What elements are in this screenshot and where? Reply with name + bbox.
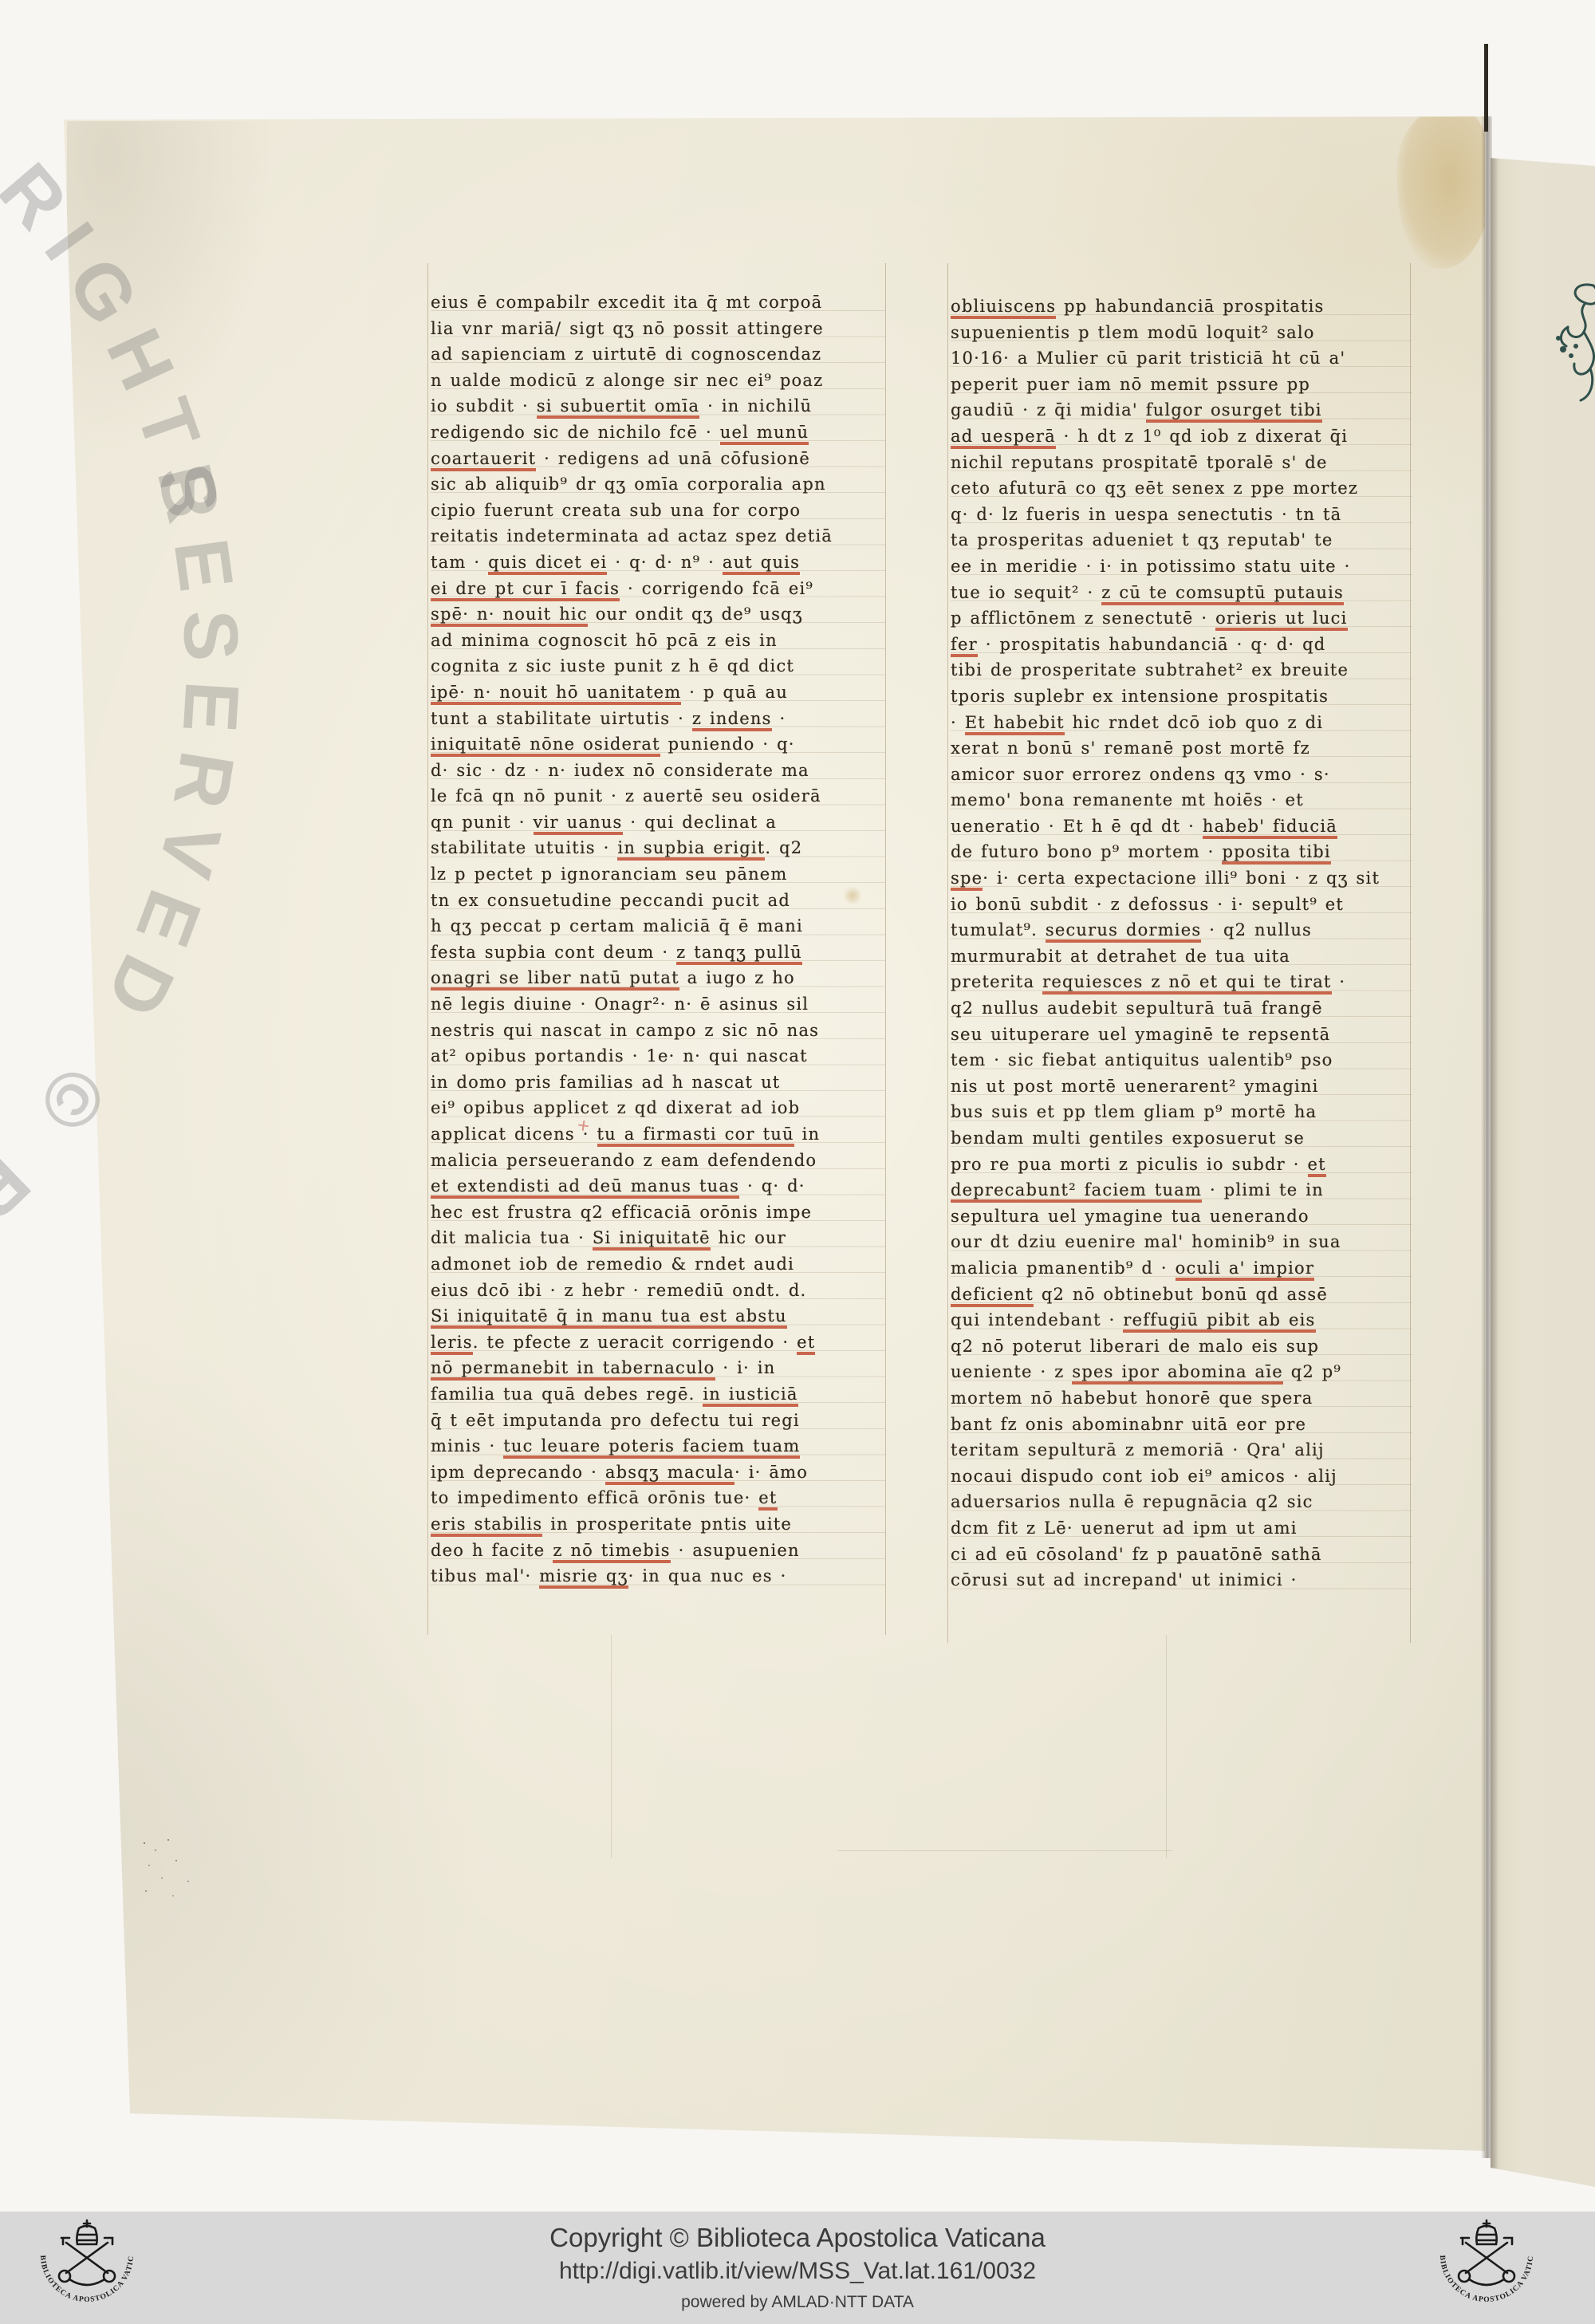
- manuscript-line: tunt a stabilitate uirtutis · z indens ·: [431, 706, 885, 732]
- manuscript-line: stabilitate utuitis · in supbia erigit. …: [431, 835, 885, 861]
- manuscript-line: iniquitatē nōne osiderat puniendo · q·: [431, 731, 885, 758]
- manuscript-line: tam · quis dicet ei · q· d· n⁹ · aut qui…: [431, 549, 885, 576]
- parchment-stain: [1397, 105, 1493, 269]
- manuscript-line: et extendisti ad deū manus tuas · q· d·: [431, 1173, 885, 1199]
- manuscript-line: nocaui dispudo cont iob ei⁹ amicos · ali…: [951, 1463, 1412, 1490]
- manuscript-line: murmurabit at detrahet de tua uita: [951, 943, 1412, 970]
- manuscript-line: malicia pmanentib⁹ d · oculi a' impior: [951, 1255, 1412, 1282]
- manuscript-line: dit malicia tua · Si iniquitatē hic our: [431, 1225, 885, 1251]
- parchment-speckles: [144, 1842, 145, 1844]
- manuscript-line: ci ad eū cōsoland' fz p pauatōnē sathā: [951, 1542, 1412, 1568]
- rubricated-phrase: spes ipor abomina aīe: [1072, 1362, 1282, 1385]
- rubricated-phrase: ad uesperā: [951, 427, 1056, 449]
- manuscript-line: nestris qui nascat in campo z sic nō nas: [431, 1018, 885, 1044]
- manuscript-line: spē· n· nouit hic our ondit qʒ de⁹ usqʒ: [431, 601, 885, 628]
- manuscript-line: le fcā qn nō punit · z auertē seu osider…: [431, 783, 885, 809]
- rubricated-phrase: et: [1308, 1155, 1326, 1177]
- pen-flourish-decoration: [1544, 279, 1595, 415]
- rubricated-phrase: eris stabilis: [431, 1515, 542, 1537]
- manuscript-line: amicor suor errorez ondens qʒ vmo · s·: [951, 762, 1412, 788]
- manuscript-page: + eius ē compabilr excedit ita q̄ mt cor…: [0, 0, 1595, 2212]
- ruling-line-vertical: [1166, 1635, 1167, 1858]
- manuscript-line: · Et habebit hic rndet dcō iob quo z di: [951, 710, 1412, 736]
- manuscript-line: ei dre pt cur ī facis · corrigendo fcā e…: [431, 576, 885, 602]
- ruling-line-vertical: [427, 263, 428, 1635]
- manuscript-line: q2 nullus audebit sepulturā tuā frangē: [951, 995, 1412, 1022]
- ruling-line-horizontal: [837, 1850, 1172, 1851]
- manuscript-line: eris stabilis in prosperitate pntis uite: [431, 1511, 885, 1538]
- rubricated-phrase: spē· n· nouit hic: [431, 605, 588, 627]
- rubricated-phrase: nō permanebit in tabernaculo: [431, 1358, 715, 1381]
- manuscript-line: nē legis diuine · Onagr²· n· ē asinus si…: [431, 991, 885, 1018]
- rubricated-phrase: fer: [951, 635, 978, 657]
- manuscript-line: leris. te pfecte z ueracit corrigendo · …: [431, 1329, 885, 1356]
- manuscript-line: familia tua quā debes regē. in iusticiā: [431, 1381, 885, 1408]
- manuscript-line: admonet iob de remedio & rndet audi: [431, 1251, 885, 1278]
- manuscript-line: tem · sic fiebat antiquitus ualentib⁹ ps…: [951, 1047, 1412, 1073]
- manuscript-line: tumulat⁹. securus dormies · q2 nullus: [951, 917, 1412, 943]
- digivatlib-manuscript-viewer: + eius ē compabilr excedit ita q̄ mt cor…: [0, 0, 1595, 2324]
- rubricated-phrase: deficient: [951, 1285, 1034, 1307]
- manuscript-line: deficient q2 nō obtinebut bonū qd assē: [951, 1282, 1412, 1308]
- manuscript-line: io subdit · si subuertit omīa · in nichi…: [431, 393, 885, 420]
- manuscript-line: gaudiū · z q̄i midia' fulgor osurget tib…: [951, 397, 1412, 423]
- manuscript-line: ee in meridie · i· in potissimo statu ui…: [951, 553, 1412, 580]
- manuscript-line: hec est frustra q2 efficaciā orōnis impe: [431, 1199, 885, 1226]
- manuscript-line: ei⁹ opibus applicet z qd dixerat ad iob: [431, 1095, 885, 1121]
- footer-powered-by: powered by AMLAD·NTT DATA: [0, 2293, 1595, 2312]
- parchment-speckle-corner: [67, 121, 274, 456]
- manuscript-line: supuenientis p tlem modū loquit² salo: [951, 320, 1412, 346]
- manuscript-line: our dt dziu euenire mal' hominib⁹ in sua: [951, 1229, 1412, 1255]
- manuscript-line: ipē· n· nouit hō uanitatem · p quā au: [431, 679, 885, 706]
- rubricated-phrase: securus dormies: [1046, 920, 1201, 943]
- rubricated-phrase: et: [758, 1488, 777, 1511]
- manuscript-line: eius ē compabilr excedit ita q̄ mt corpo…: [431, 290, 885, 316]
- manuscript-line: tporis suplebr ex intensione prospitatis: [951, 683, 1412, 710]
- manuscript-line: qui intendebant · reffugiū pibit ab eis: [951, 1307, 1412, 1333]
- manuscript-line: q· d· lz fueris in uespa senectutis · tn…: [951, 502, 1412, 528]
- manuscript-line: tibus mal'· misrie qʒ· in qua nuc es ·: [431, 1563, 885, 1589]
- manuscript-line: pro re pua morti z piculis io subdr · et: [951, 1152, 1412, 1178]
- manuscript-line: at² opibus portandis · 1e· n· qui nascat: [431, 1043, 885, 1069]
- rubricated-phrase: requiesces z nō et qui te tirat: [1042, 972, 1331, 995]
- manuscript-line: p afflictōnem z senectutē · orieris ut l…: [951, 605, 1412, 632]
- manuscript-line: fer · prospitatis habundanciā · q· d· qd: [951, 632, 1412, 658]
- rubricated-phrase: coartauerit: [431, 449, 536, 471]
- manuscript-line: 10·16· a Mulier cū parit tristiciā ht cū…: [951, 345, 1412, 372]
- manuscript-line: malicia perseuerando z eam defendendo: [431, 1148, 885, 1174]
- manuscript-line: nō permanebit in tabernaculo · i· in: [431, 1355, 885, 1381]
- manuscript-line: bus suis et pp tlem gliam p⁹ mortē ha: [951, 1099, 1412, 1125]
- manuscript-line: Si iniquitatē q̄ in manu tua est abstu: [431, 1303, 885, 1329]
- manuscript-line: onagri se liber natū putat a iugo z ho: [431, 965, 885, 991]
- rubricated-phrase: vir uanus: [534, 813, 623, 835]
- rubricated-phrase: Et habebit: [965, 713, 1065, 735]
- rubricated-phrase: onagri se liber natū putat: [431, 968, 679, 991]
- page-gutter-fold: [1481, 116, 1492, 2158]
- manuscript-line: nis ut post mortē uenerarent² ymagini: [951, 1073, 1412, 1100]
- manuscript-line: peperit puer iam nō memit pssure pp: [951, 372, 1412, 398]
- footer-copyright: Copyright © Biblioteca Apostolica Vatica…: [0, 2223, 1595, 2253]
- manuscript-line: ipm deprecando · absqʒ macula· i· āmo: [431, 1459, 885, 1486]
- gutter-fold-shadow: [1484, 44, 1488, 132]
- manuscript-line: q2 nō poterut liberari de malo eis sup: [951, 1333, 1412, 1360]
- manuscript-line: reitatis indeterminata ad actaz spez det…: [431, 523, 885, 549]
- svg-text:BIBLIOTECA APOSTOLICA VATICANA: BIBLIOTECA APOSTOLICA VATICANA: [1428, 2216, 1535, 2304]
- rubricated-phrase: iniquitatē nōne osiderat: [431, 735, 660, 757]
- text-column-right: obliuiscens pp habundanciā prospitatissu…: [951, 293, 1412, 1593]
- manuscript-line: io bonū subdit · z defossus · i· sepult⁹…: [951, 892, 1412, 918]
- rubricated-phrase: z indens: [692, 709, 772, 731]
- manuscript-line: aduersarios nulla ē repugnācia q2 sic: [951, 1489, 1412, 1515]
- manuscript-line: h qʒ peccat p certam maliciā q̄ ē mani: [431, 913, 885, 939]
- manuscript-line: deprecabunt² faciem tuam · plimi te in: [951, 1177, 1412, 1203]
- vatican-library-emblem-left-icon: BIBLIOTECA APOSTOLICA VATICANA: [28, 2216, 163, 2321]
- manuscript-line: lia vnr mariā/ sigt qʒ nō possit attinge…: [431, 316, 885, 342]
- rubricated-phrase: deprecabunt² faciem tuam: [951, 1180, 1202, 1203]
- ruling-line-vertical: [611, 1635, 612, 1858]
- rubricated-phrase: uel munū: [720, 423, 809, 445]
- manuscript-line: ad sapienciam z uirtutē di cognoscendaz: [431, 341, 885, 368]
- rubricated-phrase: absqʒ macula: [605, 1463, 734, 1485]
- manuscript-line: memo' bona remanente mt hoiēs · et: [951, 787, 1412, 813]
- manuscript-line: sic ab aliquib⁹ dr qʒ omīa corporalia ap…: [431, 471, 885, 498]
- rubricated-phrase: ei dre pt cur ī facis: [431, 579, 620, 601]
- vatican-library-emblem-right-icon: BIBLIOTECA APOSTOLICA VATICANA: [1428, 2216, 1563, 2321]
- rubricated-phrase: reffugiū pibit ab eis: [1123, 1310, 1315, 1333]
- manuscript-line: tibi de prosperitate subtrahet² ex breui…: [951, 657, 1412, 683]
- rubricated-phrase: et extendisti ad deū manus tuas: [431, 1176, 739, 1199]
- rubricated-phrase: obliuiscens: [951, 297, 1056, 319]
- manuscript-line: q̄ t eēt imputanda pro defectu tui regi: [431, 1408, 885, 1434]
- rubricated-phrase: z cū te comsuptū putauis: [1101, 583, 1344, 605]
- manuscript-line: redigendo sic de nichilo fcē · uel munū: [431, 420, 885, 446]
- manuscript-line: cipio fuerunt creata sub una for corpo: [431, 498, 885, 524]
- manuscript-line: bant fz onis abominabnr uitā eor pre: [951, 1412, 1412, 1438]
- manuscript-line: obliuiscens pp habundanciā prospitatis: [951, 293, 1412, 320]
- manuscript-line: coartauerit · redigens ad unā cōfusionē: [431, 446, 885, 472]
- rubricated-phrase: oculi a' impior: [1176, 1259, 1314, 1281]
- footer-bar: Copyright © Biblioteca Apostolica Vatica…: [0, 2212, 1595, 2324]
- manuscript-line: sepultura uel ymagine tua uenerando: [951, 1203, 1412, 1230]
- manuscript-line: teritam sepulturā z memoriā · Qra' alij: [951, 1437, 1412, 1463]
- manuscript-line: lz p pectet p ignoranciam seu pānem: [431, 861, 885, 888]
- rubricated-phrase: aut quis: [723, 553, 800, 575]
- rubricated-phrase: in supbia erigit: [617, 838, 765, 861]
- manuscript-line: festa supbia cont deum · z tanqʒ pullū: [431, 939, 885, 966]
- manuscript-line: in domo pris familias ad h nascat ut: [431, 1069, 885, 1096]
- manuscript-line: nichil reputans prospitatē tporalē s' de: [951, 450, 1412, 476]
- ruling-line-vertical: [885, 263, 886, 1635]
- manuscript-line: minis · tuc leuare poteris faciem tuam: [431, 1433, 885, 1459]
- rubricated-phrase: pposita tibi: [1222, 842, 1330, 865]
- rubricated-phrase: leris: [431, 1333, 473, 1355]
- rubricated-phrase: fulgor osurget tibi: [1146, 400, 1322, 423]
- manuscript-line: spe· i· certa expectacione illi⁹ boni · …: [951, 865, 1412, 892]
- manuscript-line: seu uituperare uel ymaginē te repsentā: [951, 1022, 1412, 1048]
- manuscript-line: eius dcō ibi · z hebr · remediū ondt. d.: [431, 1278, 885, 1304]
- rubricated-phrase: z tanqʒ pullū: [676, 943, 802, 965]
- rubricated-phrase: misrie qʒ: [539, 1566, 628, 1589]
- manuscript-line: preterita requiesces z nō et qui te tira…: [951, 969, 1412, 995]
- manuscript-line: deo h facite z nō timebis · asupuenien: [431, 1538, 885, 1564]
- manuscript-line: ad minima cognoscit hō pcā z eis in: [431, 628, 885, 654]
- rubricated-phrase: orieris ut luci: [1215, 609, 1347, 631]
- manuscript-line: bendam multi gentiles exposuerut se: [951, 1125, 1412, 1152]
- rubricated-phrase: et: [797, 1333, 815, 1355]
- text-column-left: eius ē compabilr excedit ita q̄ mt corpo…: [431, 290, 885, 1589]
- manuscript-line: applicat dicens · tu a firmasti cor tuū …: [431, 1121, 885, 1148]
- manuscript-line: ad uesperā · h dt z 1⁰ qd iob z dixerat …: [951, 423, 1412, 450]
- manuscript-line: cōrusi sut ad increpand' ut inimici ·: [951, 1567, 1412, 1593]
- manuscript-line: tue io sequit² · z cū te comsuptū putaui…: [951, 580, 1412, 606]
- svg-text:BIBLIOTECA APOSTOLICA VATICANA: BIBLIOTECA APOSTOLICA VATICANA: [28, 2216, 136, 2304]
- rubricated-phrase: Si iniquitatē q̄ in manu tua est abstu: [431, 1306, 787, 1329]
- rubricated-phrase: si subuertit omīa: [537, 396, 699, 419]
- rubricated-phrase: tu a firmasti cor tuū: [597, 1125, 794, 1147]
- adjacent-page-edge: [1491, 152, 1595, 2187]
- rubricated-phrase: ipē· n· nouit hō uanitatem: [431, 683, 681, 705]
- rubricated-phrase: Si iniquitatē: [593, 1228, 711, 1251]
- manuscript-line: tn ex consuetudine peccandi pucit ad: [431, 888, 885, 914]
- footer-text-block: Copyright © Biblioteca Apostolica Vatica…: [0, 2212, 1595, 2324]
- manuscript-line: dcm fit z Lē· uenerut ad ipm ut ami: [951, 1515, 1412, 1542]
- manuscript-line: ueniente · z spes ipor abomina aīe q2 p⁹: [951, 1359, 1412, 1385]
- rubricated-phrase: in iusticiā: [703, 1385, 797, 1407]
- rubricated-phrase: tuc leuare poteris faciem tuam: [503, 1436, 800, 1459]
- manuscript-line: n ualde modicū z alonge sir nec ei⁹ poaz: [431, 368, 885, 394]
- rubricated-phrase: habeb' fiduciā: [1203, 817, 1337, 839]
- rubricated-phrase: spe: [951, 869, 983, 891]
- manuscript-line: to impedimento efficā orōnis tue· et: [431, 1485, 885, 1511]
- manuscript-line: ta prosperitas adueniet t qʒ reputab' te: [951, 527, 1412, 553]
- manuscript-line: ueneratio · Et h ē qd dt · habeb' fiduci…: [951, 813, 1412, 840]
- manuscript-line: xerat n bonū s' remanē post mortē fz: [951, 735, 1412, 762]
- manuscript-line: de futuro bono p⁹ mortem · pposita tibi: [951, 839, 1412, 865]
- manuscript-line: d· sic · dz · n· iudex nō considerate ma: [431, 758, 885, 784]
- ruling-line-vertical: [947, 263, 948, 1643]
- footer-url: http://digi.vatlib.it/view/MSS_Vat.lat.1…: [0, 2258, 1595, 2285]
- manuscript-line: mortem nō habebut honorē que spera: [951, 1385, 1412, 1412]
- gutter-inner-shadow: [1491, 152, 1499, 2187]
- manuscript-line: qn punit · vir uanus · qui declinat a: [431, 809, 885, 836]
- rubricated-phrase: z nō timebis: [553, 1541, 670, 1563]
- manuscript-line: ceto afuturā co qʒ eēt senex z ppe morte…: [951, 475, 1412, 502]
- manuscript-photo: + eius ē compabilr excedit ita q̄ mt cor…: [0, 0, 1595, 2212]
- rubricated-phrase: quis dicet ei: [488, 553, 607, 575]
- manuscript-line: cognita z sic iuste punit z h ē qd dict: [431, 653, 885, 679]
